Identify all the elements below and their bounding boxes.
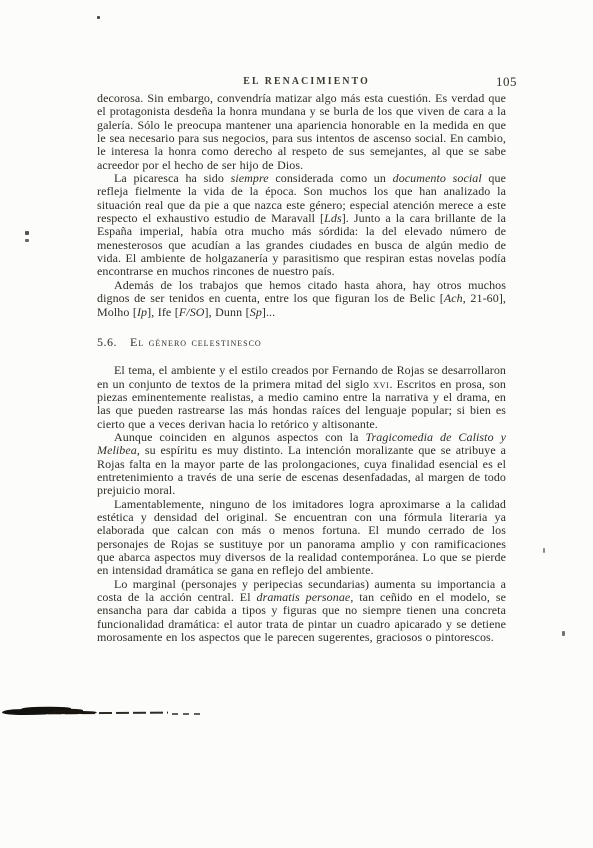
page-number: 105 <box>496 74 517 90</box>
paragraph: La picaresca ha sido siempre considerada… <box>97 172 506 279</box>
paragraph: Lo marginal (personajes y peripecias sec… <box>97 578 506 645</box>
section-heading: 5.6.El género celestinesco <box>97 336 506 349</box>
scan-artifact-streak-tail <box>172 713 200 715</box>
book-page: EL RENACIMIENTO 105 decorosa. Sin embarg… <box>0 0 593 848</box>
scan-artifact-streak-line <box>48 712 168 715</box>
scan-speck <box>97 16 100 19</box>
scan-speck <box>562 631 565 636</box>
paragraph: El tema, el ambiente y el estilo creados… <box>97 364 506 431</box>
scan-speck <box>25 239 29 242</box>
running-head-title: EL RENACIMIENTO <box>244 76 371 87</box>
page-text: decorosa. Sin embargo, convendría matiza… <box>97 92 506 644</box>
paragraph: decorosa. Sin embargo, convendría matiza… <box>97 92 506 172</box>
scan-artifact-streak-blob <box>2 709 54 716</box>
scan-speck <box>543 548 545 553</box>
running-head: EL RENACIMIENTO <box>97 76 517 92</box>
paragraph: Aunque coinciden en algunos aspectos con… <box>97 431 506 498</box>
paragraph: Además de los trabajos que hemos citado … <box>97 279 506 319</box>
paragraph: Lamentablemente, ninguno de los imitador… <box>97 498 506 578</box>
scan-speck <box>25 231 29 235</box>
